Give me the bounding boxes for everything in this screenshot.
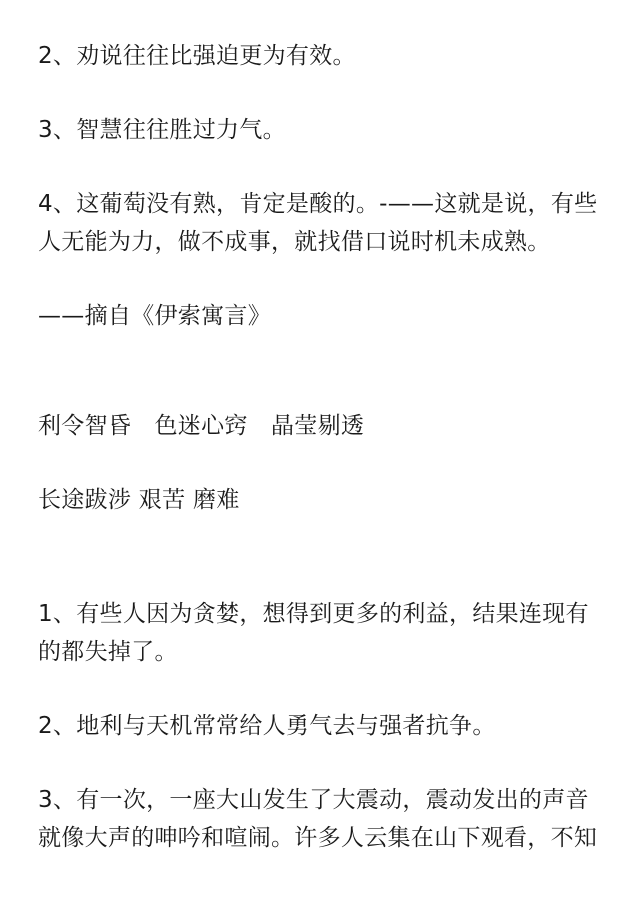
source-citation: ——摘自《伊索寓言》 (38, 298, 271, 334)
lesson-3-line-2: 就像大声的呻吟和喧闹。许多人云集在山下观看，不知 (38, 820, 597, 856)
fable-moral-4-line-1: 4、这葡萄没有熟，肯定是酸的。-——这就是说，有些 (38, 186, 597, 222)
fable-moral-2: 2、劝说往往比强迫更为有效。 (38, 38, 356, 74)
idiom-list-2: 长途跋涉 艰苦 磨难 (38, 482, 240, 518)
fable-moral-4-line-2: 人无能为力，做不成事，就找借口说时机未成熟。 (38, 224, 551, 260)
lesson-1-line-1: 1、有些人因为贪婪，想得到更多的利益，结果连现有 (38, 596, 589, 632)
lesson-3-line-1: 3、有一次，一座大山发生了大震动，震动发出的声音 (38, 782, 589, 818)
fable-moral-3: 3、智慧往往胜过力气。 (38, 112, 286, 148)
lesson-1-line-2: 的都失掉了。 (38, 634, 178, 670)
idiom-list-1: 利令智昏 色迷心窍 晶莹剔透 (38, 408, 364, 444)
lesson-2: 2、地利与天机常常给人勇气去与强者抗争。 (38, 708, 496, 744)
